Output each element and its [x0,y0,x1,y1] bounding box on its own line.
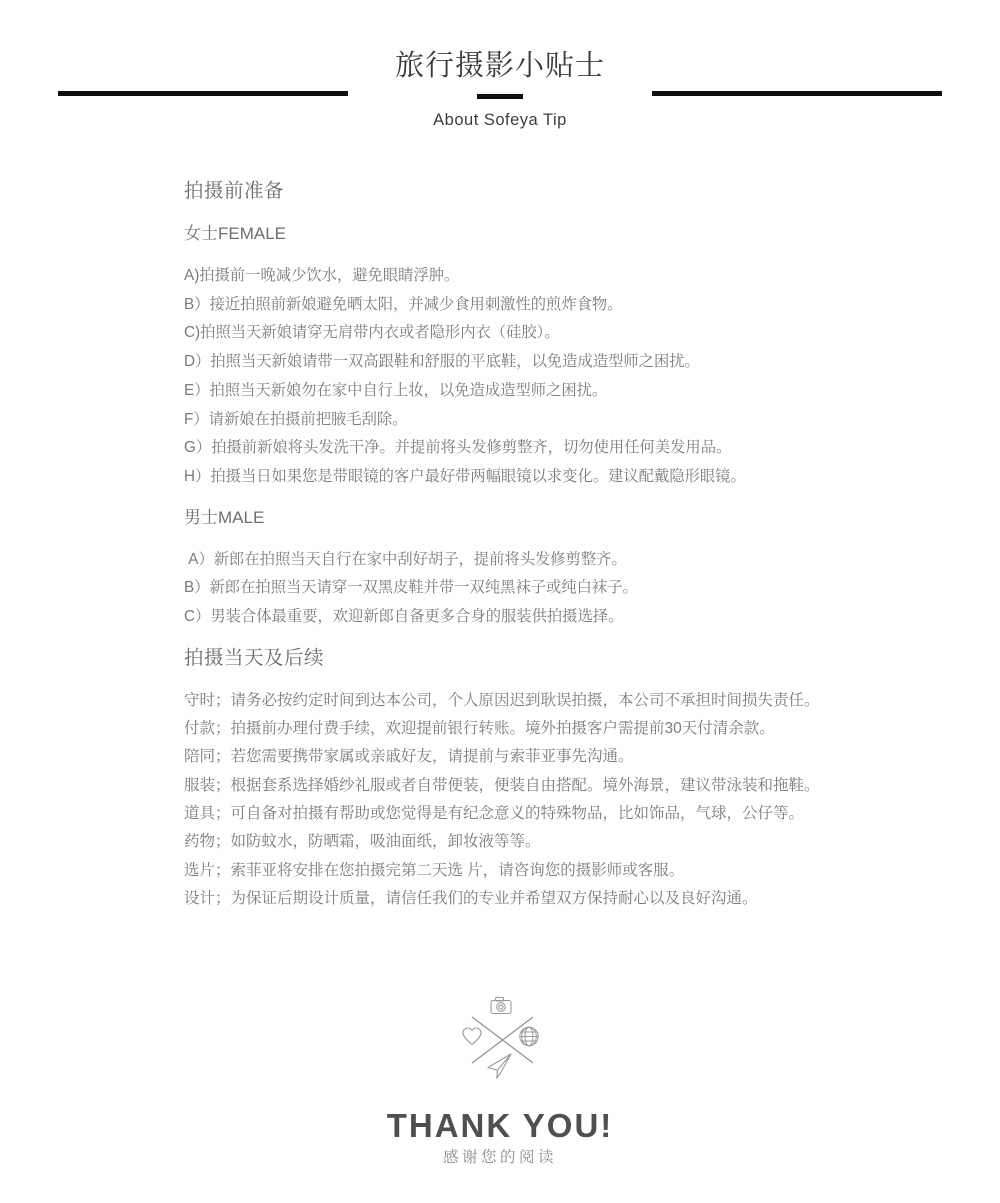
male-tips-list: A）新郎在拍照当天自行在家中刮好胡子，提前将头发修剪整齐。 B）新郎在拍照当天请… [184,546,874,632]
list-item: 付款；拍摄前办理付费手续，欢迎提前银行转账。境外拍摄客户需提前30天付清余款。 [184,715,874,743]
list-item: H）拍摄当日如果您是带眼镜的客户最好带两幅眼镜以求变化。建议配戴隐形眼镜。 [184,463,874,492]
section-heading-shooting-day: 拍摄当天及后续 [184,645,874,671]
list-item: F）请新娘在拍摄前把腋毛刮除。 [184,406,874,435]
list-item: B）新郎在拍照当天请穿一双黑皮鞋并带一双纯黑袜子或纯白袜子。 [184,574,874,603]
list-item: A)拍摄前一晚减少饮水，避免眼睛浮肿。 [184,262,874,291]
cross-lines-icon [472,1017,533,1063]
list-item: G）拍摄前新娘将头发洗干净。并提前将头发修剪整齐，切勿使用任何美发用品。 [184,434,874,463]
title-divider-right [652,91,942,96]
shooting-day-list: 守时；请务必按约定时间到达本公司，个人原因迟到耿误拍摄，本公司不承担时间损失责任… [184,687,874,913]
list-item: 守时；请务必按约定时间到达本公司，个人原因迟到耿误拍摄，本公司不承担时间损失责任… [184,687,874,715]
list-item: A）新郎在拍照当天自行在家中刮好胡子，提前将头发修剪整齐。 [184,546,874,575]
paper-plane-icon [488,1054,511,1078]
subsection-heading-male: 男士MALE [184,506,874,530]
list-item: 设计；为保证后期设计质量，请信任我们的专业并希望双方保持耐心以及良好沟通。 [184,885,874,913]
page-subtitle: About Sofeya Tip [0,110,1000,130]
list-item: 道具；可自备对拍摄有帮助或您觉得是有纪念意义的特殊物品，比如饰品，气球，公仔等。 [184,800,874,828]
globe-icon [520,1027,538,1045]
page: 旅行摄影小贴士 About Sofeya Tip 拍摄前准备 女士FEMALE … [0,0,1000,1203]
female-tips-list: A)拍摄前一晚减少饮水，避免眼睛浮肿。 B）接近拍照前新娘避免晒太阳，并减少食用… [184,262,874,492]
thank-you-text: THANK YOU! [0,1106,1000,1146]
subsection-heading-female: 女士FEMALE [184,222,874,246]
closing-text: 感谢您的阅读 [0,1147,1000,1169]
list-item: 选片；索菲亚将安排在您拍摄完第二天选 片，请咨询您的摄影师或客服。 [184,857,874,885]
page-title: 旅行摄影小贴士 [0,46,1000,86]
camera-icon [491,998,511,1014]
footer-decoration [450,988,554,1088]
list-item: B）接近拍照前新娘避免晒太阳，并减少食用刺激性的煎炸食物。 [184,291,874,320]
title-divider-center [477,94,523,99]
list-item: 陪同；若您需要携带家属或亲戚好友，请提前与索菲亚事先沟通。 [184,743,874,771]
list-item: C）男装合体最重要，欢迎新郎自备更多合身的服装供拍摄选择。 [184,603,874,632]
list-item: 服装；根据套系选择婚纱礼服或者自带便装，便装自由搭配。境外海景，建议带泳装和拖鞋… [184,772,874,800]
list-item: 药物；如防蚊水，防晒霜，吸油面纸，卸妆液等等。 [184,828,874,856]
list-item: D）拍照当天新娘请带一双高跟鞋和舒服的平底鞋，以免造成造型师之困扰。 [184,348,874,377]
list-item: E）拍照当天新娘勿在家中自行上妆，以免造成造型师之困扰。 [184,377,874,406]
title-divider-left [58,91,348,96]
heart-icon [463,1028,481,1045]
tips-content: 拍摄前准备 女士FEMALE A)拍摄前一晚减少饮水，避免眼睛浮肿。 B）接近拍… [184,178,874,913]
section-heading-preparation: 拍摄前准备 [184,178,874,204]
list-item: C)拍照当天新娘请穿无肩带内衣或者隐形内衣（硅胶）。 [184,319,874,348]
